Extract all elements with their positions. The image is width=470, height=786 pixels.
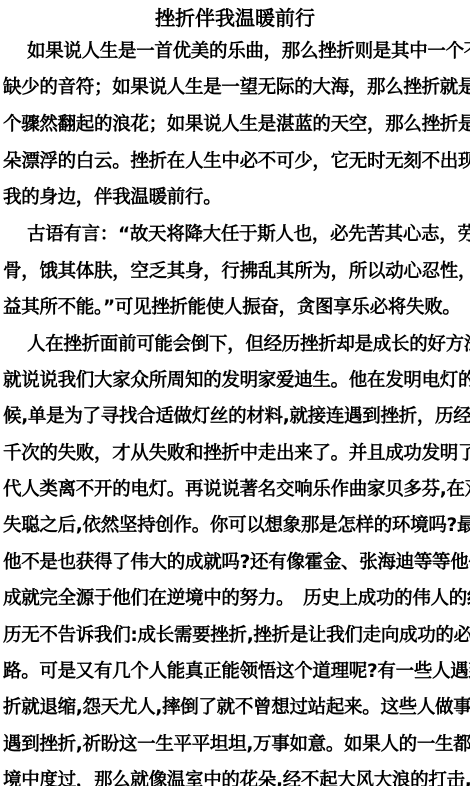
paragraph-3-line-9: 历无不告诉我们:成长需要挫折,挫折是让我们走向成功的必经之 xyxy=(3,625,470,647)
paragraph-3-line-11: 折就退缩,怨天尤人,摔倒了就不曾想过站起来。这些人做事害怕 xyxy=(3,697,470,719)
paragraph-2-line-3: 益其所不能。”可见挫折能使人振奋，贪图享乐必将失败。 xyxy=(3,297,461,319)
paragraph-3-line-4: 千次的失败，才从失败和挫折中走出来了。并且成功发明了现 xyxy=(3,443,470,465)
paragraph-3-line-8: 成就完全源于他们在逆境中的努力。 历史上成功的伟人的经 xyxy=(3,588,470,610)
paragraph-3-line-13: 境中度过，那么就像温室中的花朵,经不起大风大浪的打击,遇到 xyxy=(3,770,470,786)
paragraph-2-line-1: 古语有言：“故天将降大任于斯人也，必先苦其心志，劳其筋 xyxy=(27,224,470,246)
paragraph-1-line-5: 我的身边，伴我温暖前行。 xyxy=(3,187,221,209)
paragraph-2-line-2: 骨，饿其体肤，空乏其身，行拂乱其所为，所以动心忍性，增 xyxy=(3,261,470,283)
paragraph-1-line-1: 如果说人生是一首优美的乐曲，那么挫折则是其中一个不可 xyxy=(27,41,470,63)
paragraph-1-line-2: 缺少的音符；如果说人生是一望无际的大海，那么挫折就是一 xyxy=(3,77,470,99)
paragraph-3-line-7: 他不是也获得了伟大的成就吗?还有像霍金、张海迪等等他们的 xyxy=(3,552,470,574)
paragraph-1-line-4: 朵漂浮的白云。挫折在人生中必不可少，它无时无刻不出现在 xyxy=(3,151,470,173)
paragraph-3-line-6: 失聪之后,依然坚持创作。你可以想象那是怎样的环境吗?最后对 xyxy=(3,515,470,537)
paragraph-3-line-10: 路。可是又有几个人能真正能领悟这个道理呢?有一些人遇到挫 xyxy=(3,661,470,683)
paragraph-3-line-5: 代人类离不开的电灯。再说说著名交响乐作曲家贝多芬,在双耳 xyxy=(3,479,470,501)
paragraph-3-line-12: 遇到挫折,祈盼这一生平平坦坦,万事如意。如果人的一生都在顺 xyxy=(3,734,470,756)
paragraph-1-line-3: 个骤然翻起的浪花；如果说人生是湛蓝的天空，那么挫折是一 xyxy=(3,114,470,136)
paragraph-3-line-3: 候,单是为了寻找合适做灯丝的材料,就接连遇到挫折，历经了几 xyxy=(3,406,470,428)
paragraph-3-line-1: 人在挫折面前可能会倒下，但经历挫折却是成长的好方法。 xyxy=(27,334,470,356)
document-title: 挫折伴我温暖前行 xyxy=(0,6,470,30)
paragraph-3-line-2: 就说说我们大家众所周知的发明家爱迪生。他在发明电灯的时 xyxy=(3,370,470,392)
